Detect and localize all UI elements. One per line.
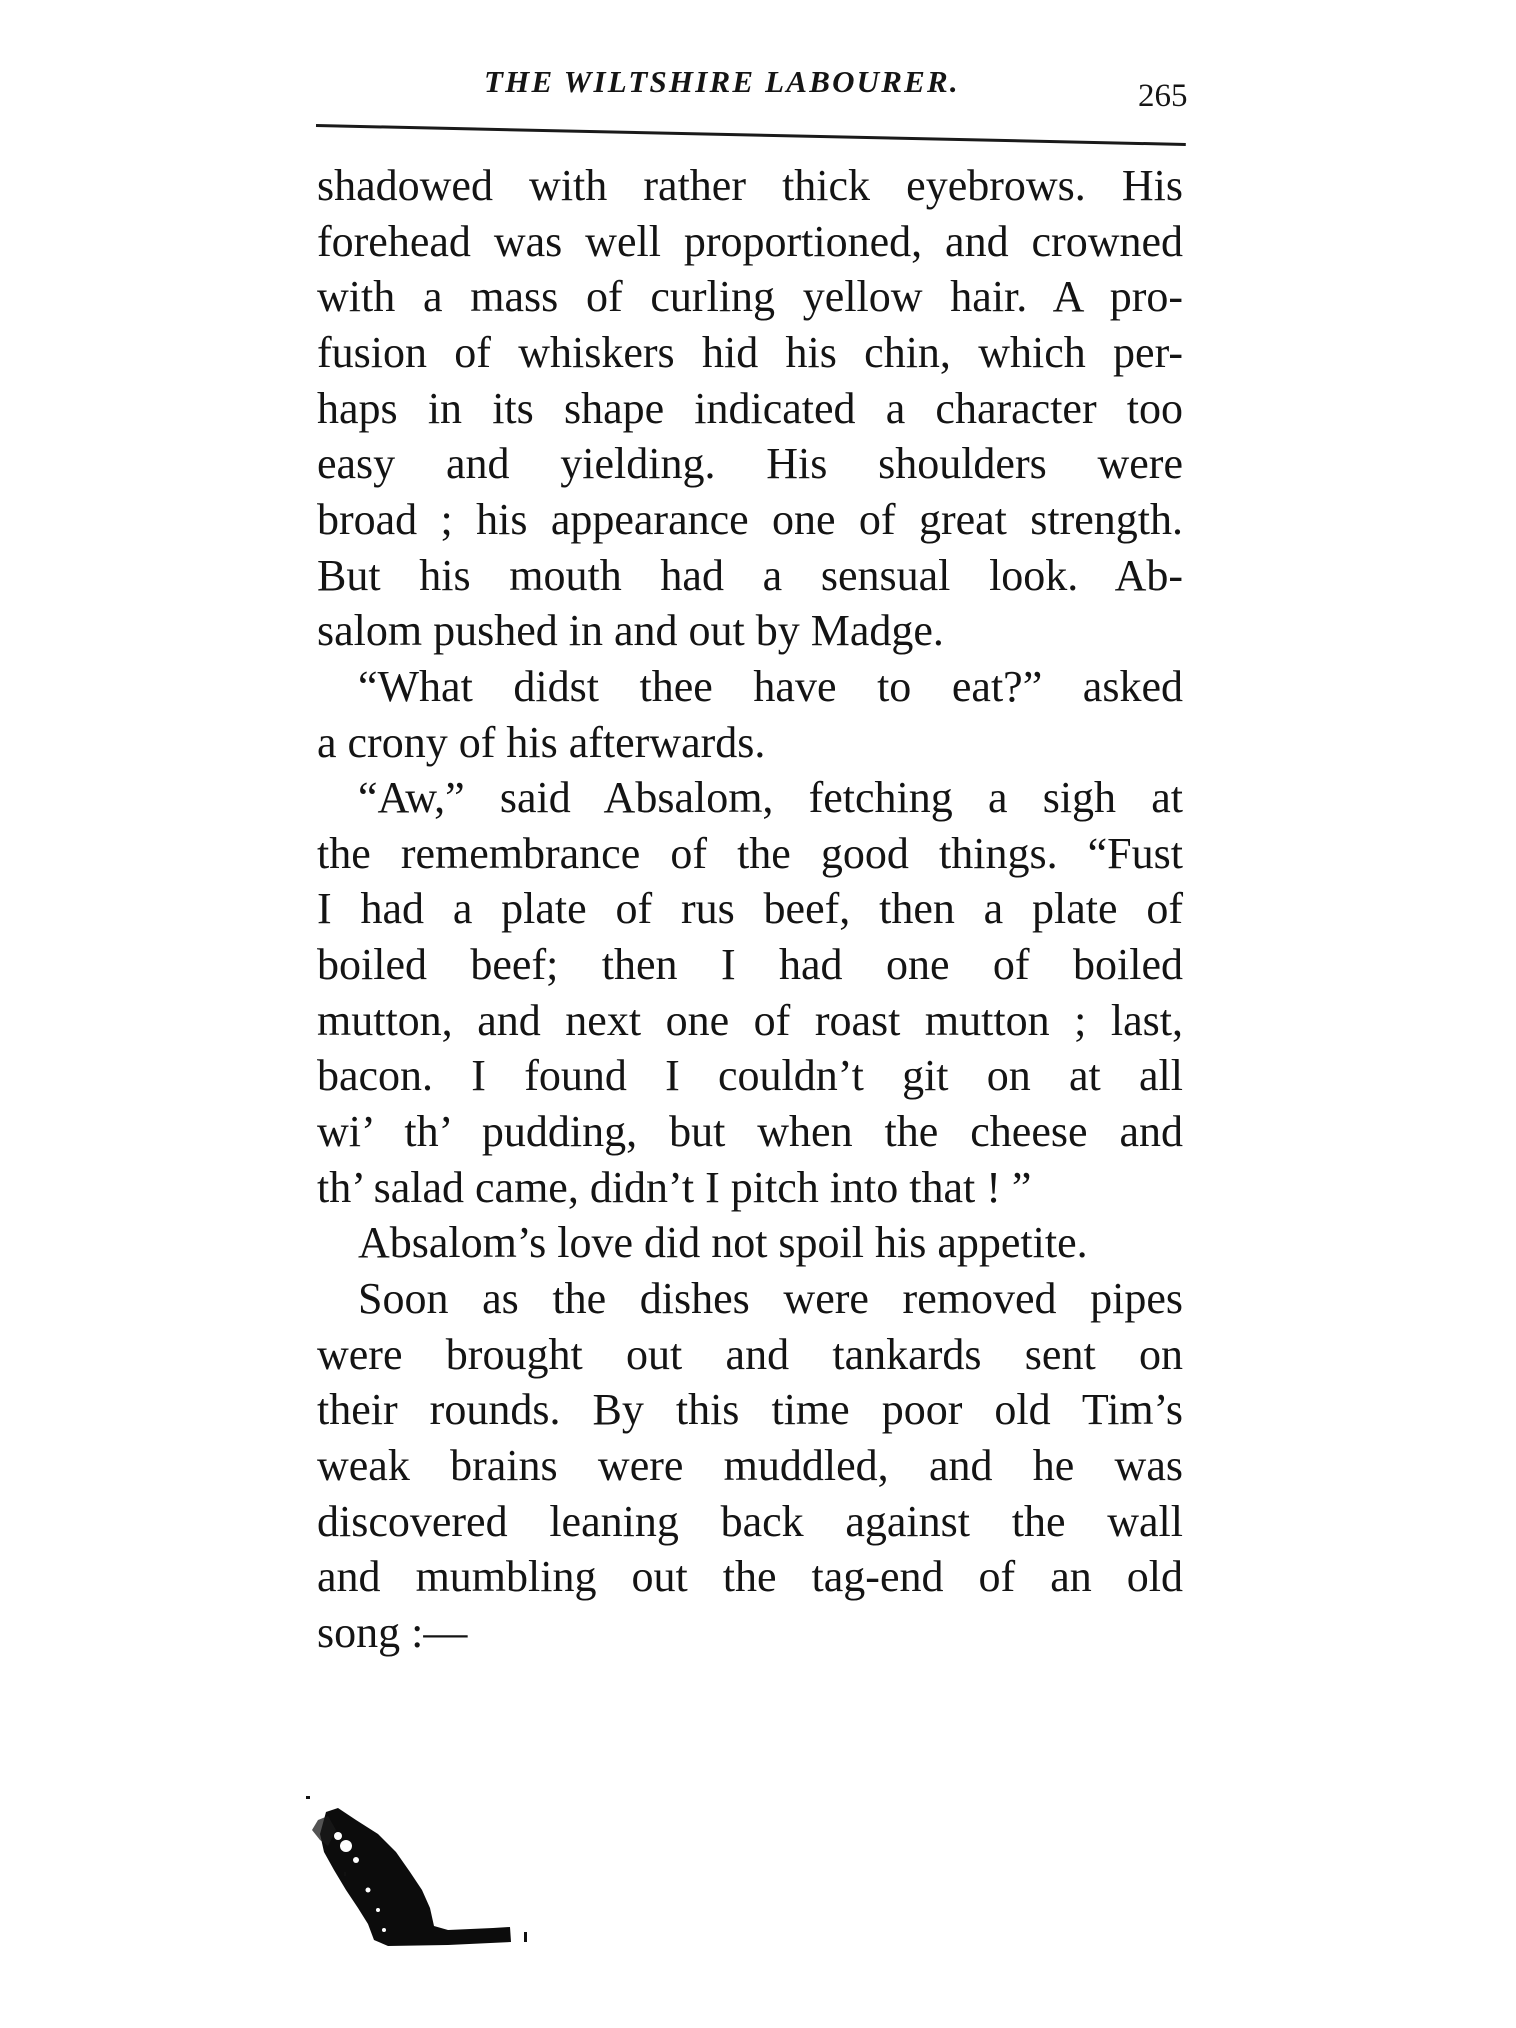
text-line: weak brains were muddled, and he was — [317, 1438, 1183, 1494]
text-line: their rounds. By this time poor old Tim’… — [317, 1382, 1183, 1438]
text-line: But his mouth had a sensual look. Ab- — [317, 548, 1183, 604]
text-line: haps in its shape indicated a character … — [317, 381, 1183, 437]
book-page: THE WILTSHIRE LABOURER. 265 shadowed wit… — [0, 0, 1516, 2028]
text-line: and mumbling out the tag-end of an old — [317, 1549, 1183, 1605]
text-line: song :— — [317, 1605, 1183, 1661]
text-line: with a mass of curling yellow hair. A pr… — [317, 269, 1183, 325]
running-head-title: THE WILTSHIRE LABOURER. — [484, 62, 1044, 102]
text-line: mutton, and next one of roast mutton ; l… — [317, 993, 1183, 1049]
text-line: I had a plate of rus beef, then a plate … — [317, 881, 1183, 937]
text-line: “Aw,” said Absalom, fetching a sigh at — [317, 770, 1183, 826]
text-line: the remembrance of the good things. “Fus… — [317, 826, 1183, 882]
text-line: Soon as the dishes were removed pipes — [317, 1271, 1183, 1327]
text-line: were brought out and tankards sent on — [317, 1327, 1183, 1383]
page-number: 265 — [1138, 76, 1188, 116]
header-rule-divider — [316, 124, 1186, 146]
ink-smudge-icon — [298, 1790, 538, 1960]
text-line: broad ; his appearance one of great stre… — [317, 492, 1183, 548]
text-line: easy and yielding. His shoulders were — [317, 436, 1183, 492]
text-line: fusion of whiskers hid his chin, which p… — [317, 325, 1183, 381]
text-line: discovered leaning back against the wall — [317, 1494, 1183, 1550]
text-line: a crony of his afterwards. — [317, 715, 1183, 771]
text-line: “What didst thee have to eat?” asked — [317, 659, 1183, 715]
text-line: forehead was well proportioned, and crow… — [317, 214, 1183, 270]
text-line: shadowed with rather thick eyebrows. His — [317, 158, 1183, 214]
text-line: th’ salad came, didn’t I pitch into that… — [317, 1160, 1183, 1216]
text-line: salom pushed in and out by Madge. — [317, 603, 1183, 659]
text-line: Absalom’s love did not spoil his appetit… — [317, 1215, 1183, 1271]
text-line: bacon. I found I couldn’t git on at all — [317, 1048, 1183, 1104]
text-line: wi’ th’ pudding, but when the cheese and — [317, 1104, 1183, 1160]
text-line: boiled beef; then I had one of boiled — [317, 937, 1183, 993]
